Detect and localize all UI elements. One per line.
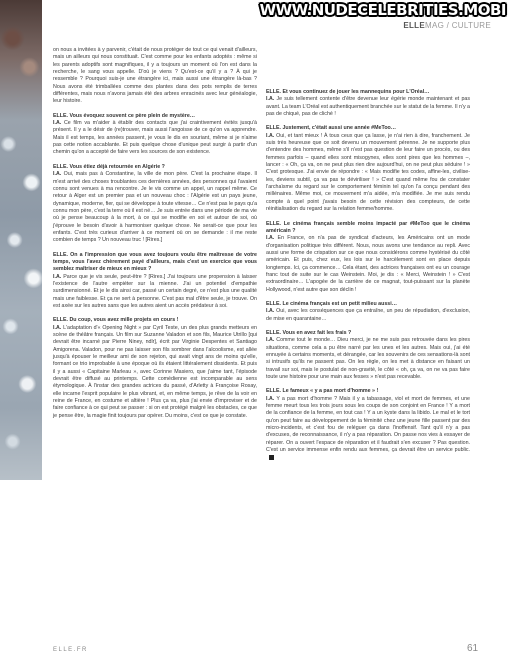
answer: Je suis tellement contente d'être devenu… bbox=[266, 96, 470, 117]
answer: Comme tout le monde… Dieu merci, je ne m… bbox=[266, 337, 470, 380]
question: ELLE. On a l'impression que vous avez to… bbox=[53, 252, 257, 274]
answer-prefix: I.A. bbox=[266, 337, 276, 343]
answer-prefix: I.A. bbox=[266, 96, 276, 102]
answer: Parce que je vis seule, peut-être ? [Rir… bbox=[53, 274, 257, 309]
answer: L'adaptation d'« Opening Night » par Cyr… bbox=[53, 325, 257, 419]
qa-block: ELLE. Vous évoquez souvent ce père plein… bbox=[53, 113, 257, 157]
question: ELLE. Vous en avez fait les frais ? bbox=[266, 330, 470, 337]
answer-prefix: I.A. bbox=[53, 274, 63, 280]
answer-prefix: I.A. bbox=[53, 325, 63, 331]
question: ELLE. Le cinéma français semble moins im… bbox=[266, 221, 470, 236]
watermark: WWW.NUDECELEBRITIES.MOBI bbox=[260, 1, 506, 19]
question: ELLE. Le cinéma français est un petit mi… bbox=[266, 301, 470, 308]
answer: Oui, avec les conséquences que ça entraî… bbox=[266, 308, 470, 321]
right-column: ELLE. Et vous continuez de jouer les man… bbox=[266, 89, 470, 469]
question: ELLE. Et vous continuez de jouer les man… bbox=[266, 89, 470, 96]
qa-block: ELLE. Vous étiez déjà retournée en Algér… bbox=[53, 164, 257, 245]
qa-block: ELLE. Et vous continuez de jouer les man… bbox=[266, 89, 470, 118]
end-of-article-icon bbox=[269, 455, 274, 460]
qa-block: ELLE. On a l'impression que vous avez to… bbox=[53, 252, 257, 311]
qa-block: ELLE. Le cinéma français semble moins im… bbox=[266, 221, 470, 294]
answer: Y a pas mort d'homme ? Mais il y a tabas… bbox=[266, 396, 470, 453]
qa-block: ELLE. Le fameux « y a pas mort d'homme »… bbox=[266, 388, 470, 461]
qa-block: ELLE. Le cinéma français est un petit mi… bbox=[266, 301, 470, 323]
answer-prefix: I.A. bbox=[266, 235, 278, 241]
answer-prefix: I.A. bbox=[266, 308, 276, 314]
question: ELLE. Justement, c'était aussi une année… bbox=[266, 125, 470, 132]
qa-block: ELLE. Vous en avez fait les frais ? I.A.… bbox=[266, 330, 470, 381]
left-column: on nous a invitées à y parvenir, c'était… bbox=[53, 47, 257, 427]
answer-prefix: I.A. bbox=[266, 133, 276, 139]
answer: Ce film va m'aider à établir des contact… bbox=[53, 120, 257, 155]
answer: Oui, et tant mieux ! À tous ceux que ça … bbox=[266, 133, 470, 212]
footer-site: ELLE.FR bbox=[53, 647, 88, 653]
section-label: MAG / CULTURE bbox=[425, 21, 491, 30]
answer: Oui, mais pas à Constantine, la ville de… bbox=[53, 171, 257, 243]
qa-block: ELLE. Du coup, vous avez mille projets e… bbox=[53, 317, 257, 420]
page-number: 61 bbox=[467, 643, 478, 654]
answer: En France, on n'a pas de syndicat d'acte… bbox=[266, 235, 470, 292]
answer-prefix: I.A. bbox=[53, 120, 64, 126]
answer-prefix: I.A. bbox=[53, 171, 64, 177]
question: ELLE. Du coup, vous avez mille projets e… bbox=[53, 317, 257, 324]
intro-paragraph: on nous a invitées à y parvenir, c'était… bbox=[53, 47, 257, 106]
brand-logo: ELLE bbox=[403, 21, 425, 30]
question: ELLE. Vous évoquez souvent ce père plein… bbox=[53, 113, 257, 120]
qa-block: ELLE. Justement, c'était aussi une année… bbox=[266, 125, 470, 213]
bokeh-photo bbox=[0, 0, 42, 480]
question: ELLE. Le fameux « y a pas mort d'homme »… bbox=[266, 388, 470, 395]
section-header: ELLEMAG / CULTURE bbox=[403, 21, 491, 30]
answer-prefix: I.A. bbox=[266, 396, 276, 402]
question: ELLE. Vous étiez déjà retournée en Algér… bbox=[53, 164, 257, 171]
